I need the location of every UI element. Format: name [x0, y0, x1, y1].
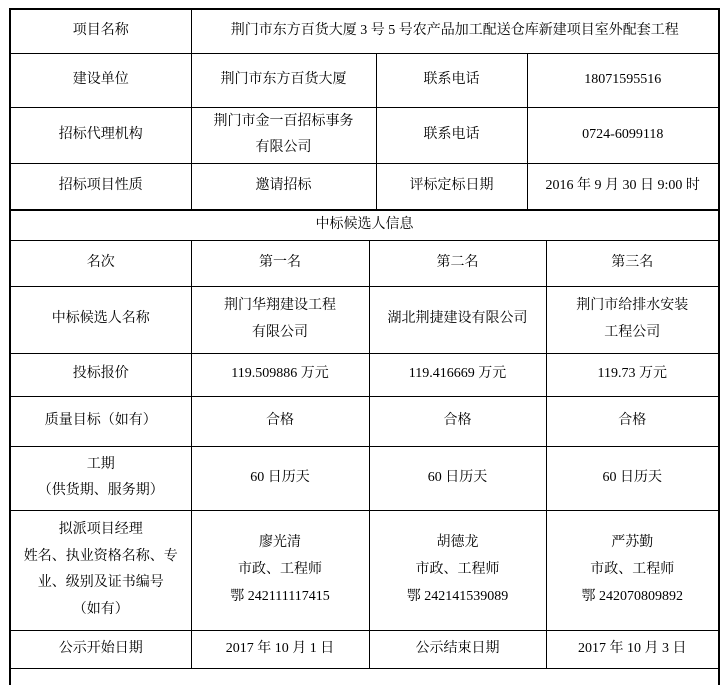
- candidate-second: 湖北荆捷建设有限公司: [369, 286, 546, 353]
- builder-value: 荆门市东方百货大厦: [191, 53, 376, 107]
- candidate-name-row: 中标候选人名称 荆门华翔建设工程 有限公司 湖北荆捷建设有限公司 荆门市给排水安…: [10, 286, 719, 353]
- duration-first: 60 日历天: [191, 446, 369, 510]
- rank-second: 第二名: [369, 240, 546, 286]
- agency-row: 招标代理机构 荆门市金一百招标事务 有限公司 联系电话 0724-6099118: [10, 107, 719, 163]
- builder-phone-value: 18071595516: [527, 53, 719, 107]
- section-title-row: 中标候选人信息: [10, 210, 719, 240]
- project-manager-first: 廖光清 市政、工程师 鄂 242111117415: [191, 510, 369, 630]
- award-date-value: 2016 年 9 月 30 日 9:00 时: [527, 163, 719, 210]
- quality-target-first: 合格: [191, 396, 369, 446]
- bid-announcement-page: 项目名称 荆门市东方百货大厦 3 号 5 号农产品加工配送仓库新建项目室外配套工…: [0, 0, 726, 685]
- project-name-value: 荆门市东方百货大厦 3 号 5 号农产品加工配送仓库新建项目室外配套工程: [191, 9, 719, 53]
- publicity-end-value: 2017 年 10 月 3 日: [546, 630, 719, 668]
- project-manager-label: 拟派项目经理 姓名、执业资格名称、专 业、级别及证书编号 （如有）: [10, 510, 191, 630]
- bid-price-row: 投标报价 119.509886 万元 119.416669 万元 119.73 …: [10, 353, 719, 396]
- rank-first: 第一名: [191, 240, 369, 286]
- duration-second: 60 日历天: [369, 446, 546, 510]
- rank-third: 第三名: [546, 240, 719, 286]
- agency-label: 招标代理机构: [10, 107, 191, 163]
- publicity-start-value: 2017 年 10 月 1 日: [191, 630, 369, 668]
- nature-value: 邀请招标: [191, 163, 376, 210]
- quality-target-second: 合格: [369, 396, 546, 446]
- candidate-first: 荆门华翔建设工程 有限公司: [191, 286, 369, 353]
- quality-target-third: 合格: [546, 396, 719, 446]
- cutoff-empty-cell: [10, 668, 719, 685]
- project-manager-second: 胡德龙 市政、工程师 鄂 242141539089: [369, 510, 546, 630]
- candidate-third: 荆门市给排水安装 工程公司: [546, 286, 719, 353]
- agency-value: 荆门市金一百招标事务 有限公司: [191, 107, 376, 163]
- project-manager-third: 严苏勤 市政、工程师 鄂 242070809892: [546, 510, 719, 630]
- candidates-table: 中标候选人信息 名次 第一名 第二名 第三名 中标候选人名称 荆门华翔建设工程 …: [9, 209, 720, 685]
- builder-phone-label: 联系电话: [376, 53, 527, 107]
- duration-row: 工期 （供货期、服务期） 60 日历天 60 日历天 60 日历天: [10, 446, 719, 510]
- agency-phone-value: 0724-6099118: [527, 107, 719, 163]
- quality-target-row: 质量目标（如有） 合格 合格 合格: [10, 396, 719, 446]
- cutoff-empty-row: [10, 668, 719, 685]
- publicity-start-label: 公示开始日期: [10, 630, 191, 668]
- bid-price-second: 119.416669 万元: [369, 353, 546, 396]
- section-title: 中标候选人信息: [10, 210, 719, 240]
- builder-row: 建设单位 荆门市东方百货大厦 联系电话 18071595516: [10, 53, 719, 107]
- project-name-row: 项目名称 荆门市东方百货大厦 3 号 5 号农产品加工配送仓库新建项目室外配套工…: [10, 9, 719, 53]
- project-info-table: 项目名称 荆门市东方百货大厦 3 号 5 号农产品加工配送仓库新建项目室外配套工…: [9, 8, 720, 211]
- publicity-end-label: 公示结束日期: [369, 630, 546, 668]
- bid-price-third: 119.73 万元: [546, 353, 719, 396]
- publicity-dates-row: 公示开始日期 2017 年 10 月 1 日 公示结束日期 2017 年 10 …: [10, 630, 719, 668]
- project-name-label: 项目名称: [10, 9, 191, 53]
- agency-phone-label: 联系电话: [376, 107, 527, 163]
- nature-label: 招标项目性质: [10, 163, 191, 210]
- duration-third: 60 日历天: [546, 446, 719, 510]
- award-date-label: 评标定标日期: [376, 163, 527, 210]
- bid-price-label: 投标报价: [10, 353, 191, 396]
- candidate-name-label: 中标候选人名称: [10, 286, 191, 353]
- rank-label: 名次: [10, 240, 191, 286]
- duration-label: 工期 （供货期、服务期）: [10, 446, 191, 510]
- nature-row: 招标项目性质 邀请招标 评标定标日期 2016 年 9 月 30 日 9:00 …: [10, 163, 719, 210]
- project-manager-row: 拟派项目经理 姓名、执业资格名称、专 业、级别及证书编号 （如有） 廖光清 市政…: [10, 510, 719, 630]
- builder-label: 建设单位: [10, 53, 191, 107]
- bid-price-first: 119.509886 万元: [191, 353, 369, 396]
- quality-target-label: 质量目标（如有）: [10, 396, 191, 446]
- rank-row: 名次 第一名 第二名 第三名: [10, 240, 719, 286]
